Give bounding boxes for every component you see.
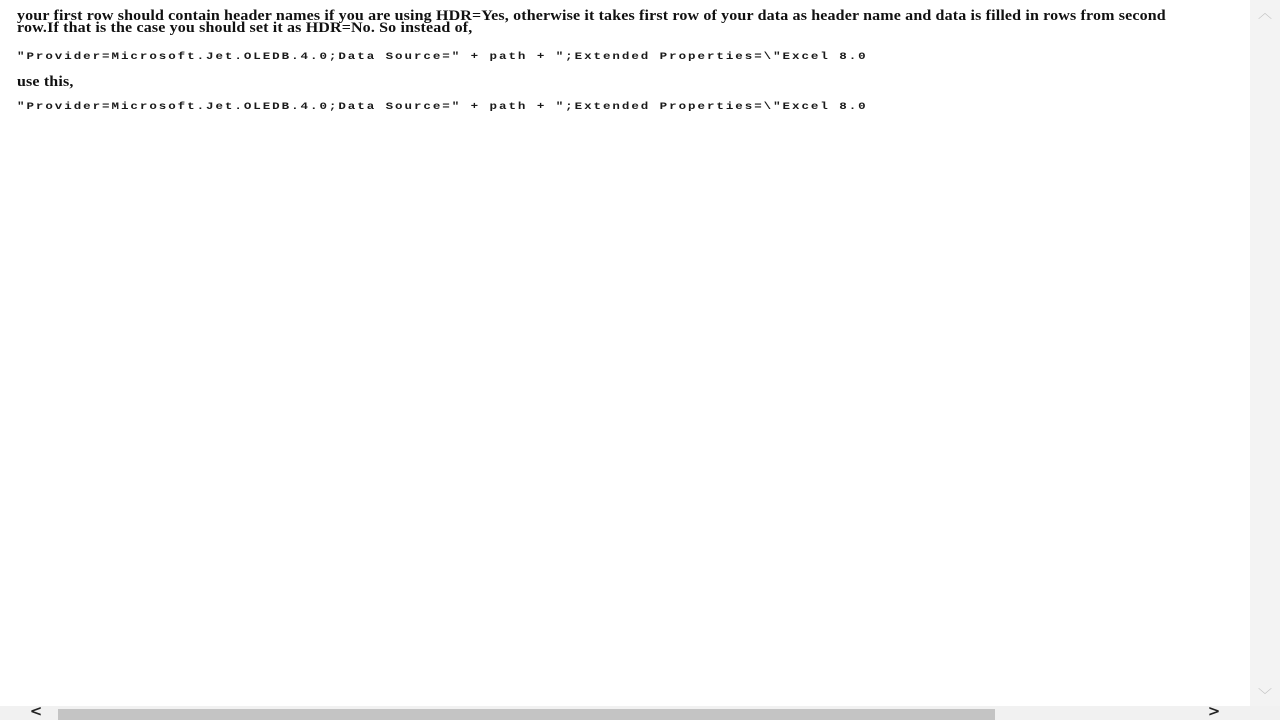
horizontal-scrollbar[interactable]: < >: [0, 706, 1280, 720]
scrollbar-corner: [1250, 706, 1280, 720]
intro-paragraph: your first row should contain header nam…: [17, 10, 1207, 34]
use-this-label: use this,: [17, 76, 1207, 88]
horizontal-scroll-thumb[interactable]: [58, 709, 995, 720]
document-content: your first row should contain header nam…: [17, 8, 1250, 115]
vertical-scrollbar[interactable]: ︿ ﹀: [1250, 0, 1280, 706]
scroll-up-icon[interactable]: ︿: [1250, 4, 1280, 24]
scroll-down-icon[interactable]: ﹀: [1250, 686, 1280, 706]
scroll-left-icon[interactable]: <: [26, 703, 46, 720]
document-viewport: your first row should contain header nam…: [0, 0, 1250, 706]
scroll-right-icon[interactable]: >: [1204, 703, 1224, 720]
code-snippet-replacement: "Provider=Microsoft.Jet.OLEDB.4.0;Data S…: [17, 101, 1250, 112]
code-snippet-original: "Provider=Microsoft.Jet.OLEDB.4.0;Data S…: [17, 51, 1250, 62]
